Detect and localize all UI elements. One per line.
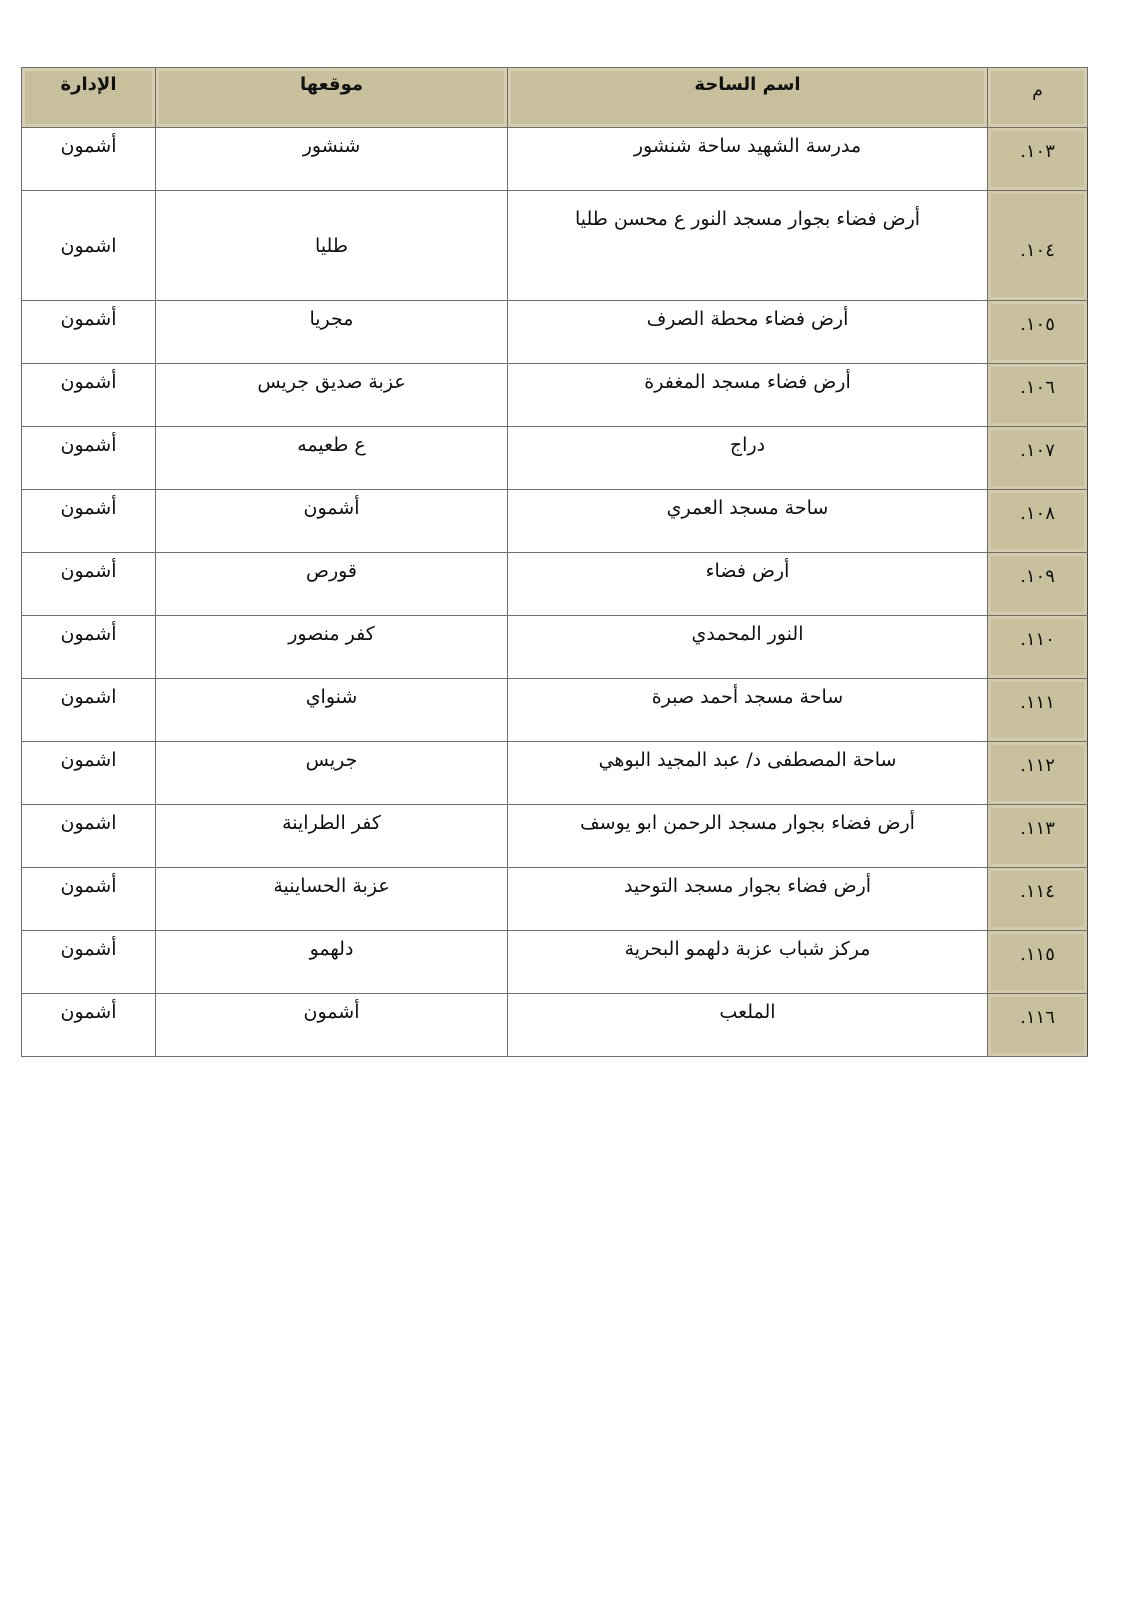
location-cell: مجريا — [156, 301, 508, 364]
header-location: موقعها — [156, 68, 508, 128]
space-name-cell: ساحة مسجد أحمد صبرة — [508, 679, 988, 742]
space-name-cell: ساحة مسجد العمري — [508, 490, 988, 553]
space-name-cell: النور المحمدي — [508, 616, 988, 679]
table-row: ١٠٩. أرض فضاء قورص أشمون — [22, 553, 1088, 616]
space-name-cell: أرض فضاء بجوار مسجد النور ع محسن طليا — [508, 191, 988, 301]
spaces-table: م اسم الساحة موقعها الإدارة ١٠٣. مدرسة ا… — [21, 67, 1088, 1057]
row-number: ١١٣. — [988, 805, 1088, 868]
location-cell: طليا — [156, 191, 508, 301]
administration-cell: أشمون — [22, 364, 156, 427]
location-cell: كفر منصور — [156, 616, 508, 679]
location-cell: عزبة صديق جريس — [156, 364, 508, 427]
space-name-cell: أرض فضاء بجوار مسجد التوحيد — [508, 868, 988, 931]
row-number: ١١٠. — [988, 616, 1088, 679]
row-number: ١٠٥. — [988, 301, 1088, 364]
location-cell: شنشور — [156, 128, 508, 191]
administration-cell: أشمون — [22, 616, 156, 679]
space-name-cell: مركز شباب عزبة دلهمو البحرية — [508, 931, 988, 994]
administration-cell: أشمون — [22, 427, 156, 490]
location-cell: قورص — [156, 553, 508, 616]
row-number: ١٠٧. — [988, 427, 1088, 490]
table-row: ١١٣. أرض فضاء بجوار مسجد الرحمن ابو يوسف… — [22, 805, 1088, 868]
location-cell: دلهمو — [156, 931, 508, 994]
space-name-cell: أرض فضاء بجوار مسجد الرحمن ابو يوسف — [508, 805, 988, 868]
administration-cell: اشمون — [22, 679, 156, 742]
table-row: ١١٢. ساحة المصطفى د/ عبد المجيد البوهي ج… — [22, 742, 1088, 805]
table-row: ١٠٧. دراج ع طعيمه أشمون — [22, 427, 1088, 490]
table-row: ١٠٥. أرض فضاء محطة الصرف مجريا أشمون — [22, 301, 1088, 364]
administration-cell: أشمون — [22, 553, 156, 616]
table-row: ١١٠. النور المحمدي كفر منصور أشمون — [22, 616, 1088, 679]
row-number: ١٠٩. — [988, 553, 1088, 616]
table-row: ١٠٦. أرض فضاء مسجد المغفرة عزبة صديق جري… — [22, 364, 1088, 427]
row-number: ١١٥. — [988, 931, 1088, 994]
administration-cell: أشمون — [22, 994, 156, 1057]
row-number: ١٠٤. — [988, 191, 1088, 301]
table-row: ١٠٤. أرض فضاء بجوار مسجد النور ع محسن طل… — [22, 191, 1088, 301]
space-name-cell: أرض فضاء مسجد المغفرة — [508, 364, 988, 427]
table-row: ١١١. ساحة مسجد أحمد صبرة شنواي اشمون — [22, 679, 1088, 742]
location-cell: كفر الطراينة — [156, 805, 508, 868]
location-cell: ع طعيمه — [156, 427, 508, 490]
header-number: م — [988, 68, 1088, 128]
row-number: ١٠٨. — [988, 490, 1088, 553]
table-row: ١٠٨. ساحة مسجد العمري أشمون أشمون — [22, 490, 1088, 553]
location-cell: أشمون — [156, 490, 508, 553]
table-row: ١١٤. أرض فضاء بجوار مسجد التوحيد عزبة ال… — [22, 868, 1088, 931]
row-number: ١١٦. — [988, 994, 1088, 1057]
location-cell: جريس — [156, 742, 508, 805]
space-name-cell: أرض فضاء محطة الصرف — [508, 301, 988, 364]
header-space-name: اسم الساحة — [508, 68, 988, 128]
location-cell: عزبة الحساينية — [156, 868, 508, 931]
row-number: ١١٢. — [988, 742, 1088, 805]
table-row: ١١٥. مركز شباب عزبة دلهمو البحرية دلهمو … — [22, 931, 1088, 994]
administration-cell: أشمون — [22, 490, 156, 553]
document-page: م اسم الساحة موقعها الإدارة ١٠٣. مدرسة ا… — [21, 67, 1087, 1057]
administration-cell: أشمون — [22, 868, 156, 931]
space-name-cell: الملعب — [508, 994, 988, 1057]
table-row: ١١٦. الملعب أشمون أشمون — [22, 994, 1088, 1057]
location-cell: أشمون — [156, 994, 508, 1057]
space-name-cell: ساحة المصطفى د/ عبد المجيد البوهي — [508, 742, 988, 805]
table-row: ١٠٣. مدرسة الشهيد ساحة شنشور شنشور أشمون — [22, 128, 1088, 191]
administration-cell: أشمون — [22, 931, 156, 994]
administration-cell: اشمون — [22, 805, 156, 868]
administration-cell: اشمون — [22, 742, 156, 805]
row-number: ١٠٣. — [988, 128, 1088, 191]
header-administration: الإدارة — [22, 68, 156, 128]
space-name-cell: دراج — [508, 427, 988, 490]
administration-cell: أشمون — [22, 128, 156, 191]
space-name-cell: أرض فضاء — [508, 553, 988, 616]
location-cell: شنواي — [156, 679, 508, 742]
row-number: ١١٤. — [988, 868, 1088, 931]
administration-cell: اشمون — [22, 191, 156, 301]
administration-cell: أشمون — [22, 301, 156, 364]
row-number: ١٠٦. — [988, 364, 1088, 427]
table-header-row: م اسم الساحة موقعها الإدارة — [22, 68, 1088, 128]
space-name-cell: مدرسة الشهيد ساحة شنشور — [508, 128, 988, 191]
row-number: ١١١. — [988, 679, 1088, 742]
